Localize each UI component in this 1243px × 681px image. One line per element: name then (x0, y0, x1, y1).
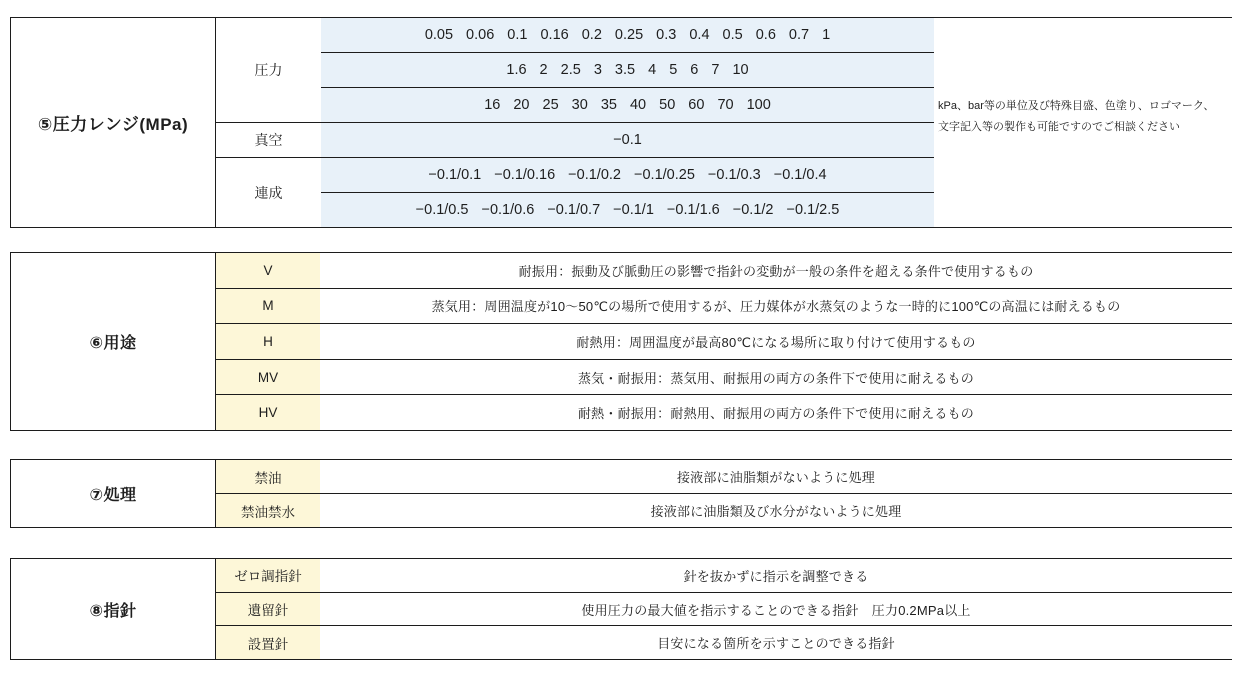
treatment-code-oil-water-free: 禁油禁水 (216, 494, 320, 527)
treatment-table: ⑦処理 禁油 接液部に油脂類がないように処理 禁油禁水 接液部に油脂類及び水分が… (10, 459, 1232, 528)
vacuum-values: −0.1 (321, 123, 934, 158)
pressure-values: 0.05 0.06 0.1 0.16 0.2 0.25 0.3 0.4 0.5 … (321, 18, 934, 122)
usage-table: ⑥用途 V 耐振用：振動及び脈動圧の影響で指針の変動が一般の条件を超える条件で使… (10, 252, 1232, 431)
pointer-row-zero-adjust: ゼロ調指針 針を抜かずに指示を調整できる (216, 559, 1232, 592)
pointer-body: ゼロ調指針 針を抜かずに指示を調整できる 遺留針 使用圧力の最大値を指示すること… (216, 559, 1232, 659)
treatment-desc-oil-free: 接液部に油脂類がないように処理 (320, 460, 1232, 493)
usage-code-h: H (216, 324, 320, 359)
treatment-row-oil-water-free: 禁油禁水 接液部に油脂類及び水分がないように処理 (216, 493, 1232, 527)
pressure-range-title: ⑤圧力レンジ(MPa) (11, 18, 216, 227)
usage-desc-h: 耐熱用：周囲温度が最高80℃になる場所に取り付けて使用するもの (320, 324, 1232, 359)
custom-scale-note-line-2: 文字記入等の製作も可能ですのでご相談ください (938, 117, 1238, 138)
pressure-values-row-3: 16 20 25 30 35 40 50 60 70 100 (321, 87, 934, 122)
row-label-compound: 連成 (216, 158, 321, 227)
pointer-desc-set-mark: 目安になる箇所を示すことのできる指針 (320, 626, 1232, 659)
treatment-body: 禁油 接液部に油脂類がないように処理 禁油禁水 接液部に油脂類及び水分がないよう… (216, 460, 1232, 527)
row-label-pressure: 圧力 (216, 18, 321, 122)
pressure-values-row-1: 0.05 0.06 0.1 0.16 0.2 0.25 0.3 0.4 0.5 … (321, 18, 934, 52)
usage-desc-m: 蒸気用：周囲温度が10～50℃の場所で使用するが、圧力媒体が水蒸気のような一時的… (320, 289, 1232, 324)
catalog-page: ⑤圧力レンジ(MPa) 圧力 0.05 0.06 0.1 0.16 0.2 0.… (0, 0, 1243, 681)
pressure-values-row-2: 1.6 2 2.5 3 3.5 4 5 6 7 10 (321, 52, 934, 87)
pressure-range-body: 圧力 0.05 0.06 0.1 0.16 0.2 0.25 0.3 0.4 0… (216, 18, 934, 227)
pointer-code-set-mark: 設置針 (216, 626, 320, 659)
usage-row-m: M 蒸気用：周囲温度が10～50℃の場所で使用するが、圧力媒体が水蒸気のような一… (216, 288, 1232, 324)
pointer-title: ⑧指針 (11, 559, 216, 659)
usage-code-mv: MV (216, 360, 320, 395)
usage-desc-mv: 蒸気・耐振用：蒸気用、耐振用の両方の条件下で使用に耐えるもの (320, 360, 1232, 395)
vacuum-group: 真空 −0.1 (216, 122, 934, 158)
usage-body: V 耐振用：振動及び脈動圧の影響で指針の変動が一般の条件を超える条件で使用するも… (216, 253, 1232, 430)
pointer-table: ⑧指針 ゼロ調指針 針を抜かずに指示を調整できる 遺留針 使用圧力の最大値を指示… (10, 558, 1232, 660)
usage-row-v: V 耐振用：振動及び脈動圧の影響で指針の変動が一般の条件を超える条件で使用するも… (216, 253, 1232, 288)
vacuum-values-row: −0.1 (321, 123, 934, 158)
pointer-code-zero-adjust: ゼロ調指針 (216, 559, 320, 592)
compound-group: 連成 −0.1/0.1 −0.1/0.16 −0.1/0.2 −0.1/0.25… (216, 157, 934, 227)
row-label-vacuum: 真空 (216, 123, 321, 158)
usage-code-m: M (216, 289, 320, 324)
treatment-code-oil-free: 禁油 (216, 460, 320, 493)
custom-scale-note-line-1: kPa、bar等の単位及び特殊目盛、色塗り、ロゴマーク、 (938, 96, 1238, 117)
pointer-row-set-mark: 設置針 目安になる箇所を示すことのできる指針 (216, 625, 1232, 659)
treatment-title: ⑦処理 (11, 460, 216, 527)
usage-desc-hv: 耐熱・耐振用：耐熱用、耐振用の両方の条件下で使用に耐えるもの (320, 395, 1232, 430)
treatment-desc-oil-water-free: 接液部に油脂類及び水分がないように処理 (320, 494, 1232, 527)
usage-desc-v: 耐振用：振動及び脈動圧の影響で指針の変動が一般の条件を超える条件で使用するもの (320, 253, 1232, 288)
usage-title: ⑥用途 (11, 253, 216, 430)
usage-row-mv: MV 蒸気・耐振用：蒸気用、耐振用の両方の条件下で使用に耐えるもの (216, 359, 1232, 395)
pointer-desc-zero-adjust: 針を抜かずに指示を調整できる (320, 559, 1232, 592)
usage-row-h: H 耐熱用：周囲温度が最高80℃になる場所に取り付けて使用するもの (216, 323, 1232, 359)
usage-row-hv: HV 耐熱・耐振用：耐熱用、耐振用の両方の条件下で使用に耐えるもの (216, 394, 1232, 430)
compound-values-row-2: −0.1/0.5 −0.1/0.6 −0.1/0.7 −0.1/1 −0.1/1… (321, 192, 934, 227)
pointer-code-max-indicating: 遺留針 (216, 593, 320, 626)
treatment-row-oil-free: 禁油 接液部に油脂類がないように処理 (216, 460, 1232, 493)
pointer-row-max-indicating: 遺留針 使用圧力の最大値を指示することのできる指針 圧力0.2MPa以上 (216, 592, 1232, 626)
compound-values: −0.1/0.1 −0.1/0.16 −0.1/0.2 −0.1/0.25 −0… (321, 158, 934, 227)
pointer-desc-max-indicating: 使用圧力の最大値を指示することのできる指針 圧力0.2MPa以上 (320, 593, 1232, 626)
usage-code-v: V (216, 253, 320, 288)
usage-code-hv: HV (216, 395, 320, 430)
compound-values-row-1: −0.1/0.1 −0.1/0.16 −0.1/0.2 −0.1/0.25 −0… (321, 158, 934, 192)
pressure-group: 圧力 0.05 0.06 0.1 0.16 0.2 0.25 0.3 0.4 0… (216, 18, 934, 122)
custom-scale-note: kPa、bar等の単位及び特殊目盛、色塗り、ロゴマーク、 文字記入等の製作も可能… (938, 96, 1238, 139)
